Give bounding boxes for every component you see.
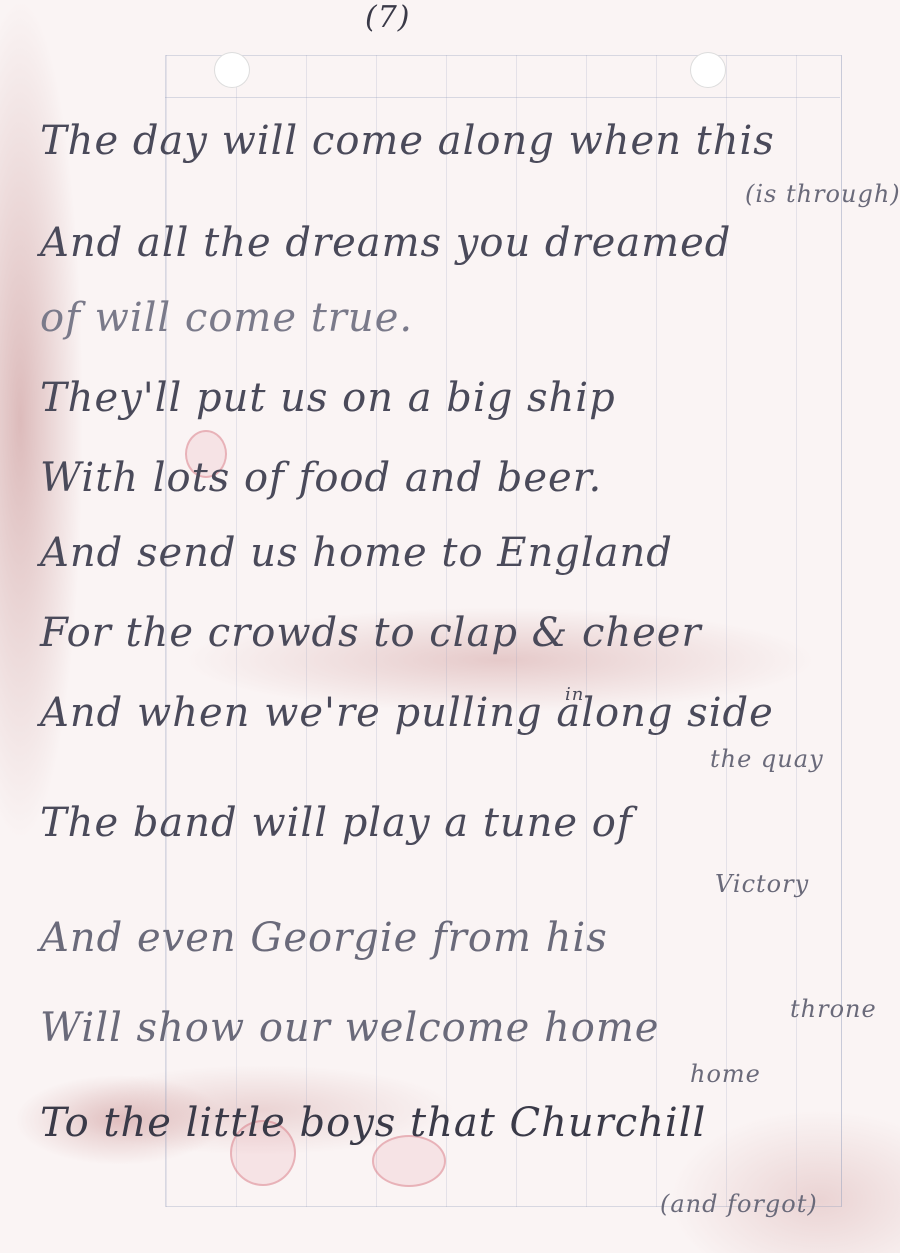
margin-note-line9: Victory bbox=[715, 870, 809, 898]
poem-line-7: For the crowds to clap & cheer bbox=[40, 610, 702, 656]
margin-note-line1: (is through) bbox=[745, 180, 900, 208]
poem-line-8: And when we're pulling along side bbox=[40, 690, 774, 736]
punch-hole-left bbox=[214, 52, 250, 88]
poem-line-1: The day will come along when this bbox=[40, 118, 775, 164]
page-number: (7) bbox=[365, 0, 411, 35]
poem-line-5: With lots of food and beer. bbox=[40, 455, 602, 501]
poem-line-12: To the little boys that Churchill bbox=[40, 1100, 706, 1146]
poem-line-2: And all the dreams you dreamed bbox=[40, 220, 731, 266]
poem-line-4: They'll put us on a big ship bbox=[40, 375, 616, 421]
margin-note-line10: throne bbox=[790, 995, 877, 1023]
insertion-mark: in bbox=[565, 684, 584, 705]
margin-note-line8: the quay bbox=[710, 745, 824, 773]
margin-note-line11: home bbox=[690, 1060, 761, 1088]
poem-line-3: of will come true. bbox=[40, 295, 413, 341]
poem-line-6: And send us home to England bbox=[40, 530, 673, 576]
poem-line-9: The band will play a tune of bbox=[40, 800, 633, 846]
poem-line-11: Will show our welcome home bbox=[40, 1005, 659, 1051]
punch-hole-right bbox=[690, 52, 726, 88]
printed-form-header bbox=[165, 55, 840, 98]
scanned-page: (7) The day will come along when this (i… bbox=[0, 0, 900, 1253]
margin-note-line12: (and forgot) bbox=[660, 1190, 818, 1218]
poem-line-10: And even Georgie from his bbox=[40, 915, 608, 961]
